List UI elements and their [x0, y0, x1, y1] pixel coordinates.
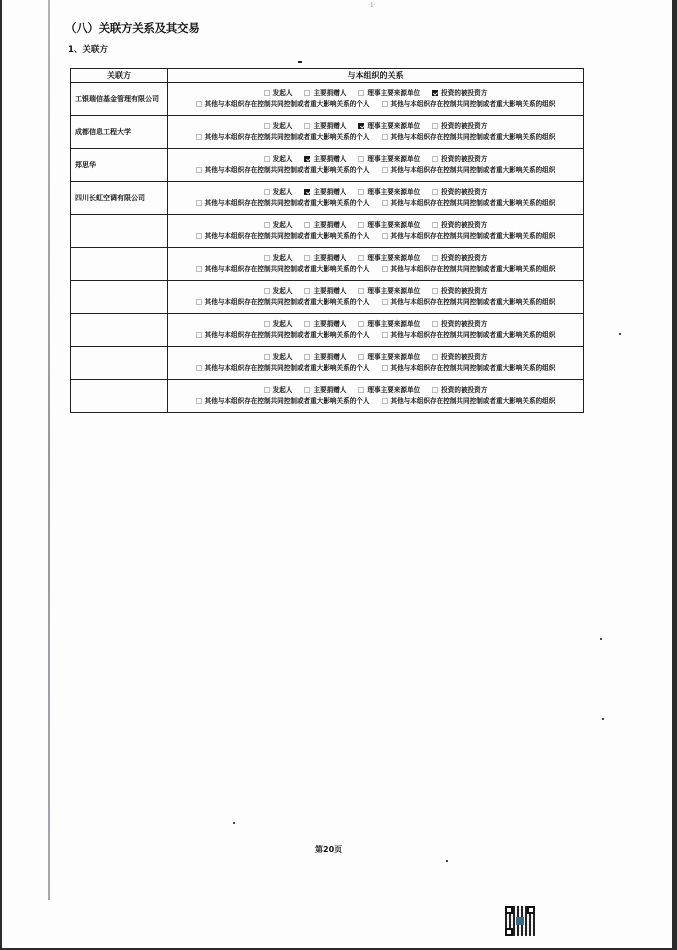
- unchecked-checkbox-icon[interactable]: [432, 255, 438, 261]
- table-header-row: 关联方 与本组织的关系: [71, 69, 584, 83]
- option-label: 主要捐赠人: [313, 320, 346, 328]
- option-other-org[interactable]: 其他与本组织存在控制共同控制或者重大影响关系的组织: [382, 231, 556, 242]
- unchecked-checkbox-icon[interactable]: [358, 189, 364, 195]
- option-label: 理事主要来源单位: [367, 155, 420, 163]
- unchecked-checkbox-icon[interactable]: [264, 321, 270, 327]
- option-label: 其他与本组织存在控制共同控制或者重大影响关系的组织: [391, 364, 556, 372]
- option-other-individual[interactable]: 其他与本组织存在控制共同控制或者重大影响关系的个人: [196, 297, 370, 308]
- unchecked-checkbox-icon[interactable]: [432, 288, 438, 294]
- table-row: 发起人主要捐赠人理事主要来源单位投资的被投资方其他与本组织存在控制共同控制或者重…: [71, 281, 584, 314]
- qr-code-icon: [505, 906, 535, 936]
- option-other-individual[interactable]: 其他与本组织存在控制共同控制或者重大影响关系的个人: [196, 396, 370, 407]
- option-label: 其他与本组织存在控制共同控制或者重大影响关系的组织: [391, 166, 556, 174]
- option-investee[interactable]: 投资的被投资方: [432, 352, 487, 363]
- scan-edge-line: [48, 0, 50, 900]
- unchecked-checkbox-icon[interactable]: [196, 365, 202, 371]
- unchecked-checkbox-icon[interactable]: [304, 354, 310, 360]
- unchecked-checkbox-icon[interactable]: [196, 266, 202, 272]
- option-investee[interactable]: 投资的被投资方: [432, 88, 487, 99]
- unchecked-checkbox-icon[interactable]: [264, 123, 270, 129]
- option-label: 其他与本组织存在控制共同控制或者重大影响关系的个人: [205, 364, 370, 372]
- unchecked-checkbox-icon[interactable]: [382, 233, 388, 239]
- option-label: 理事主要来源单位: [367, 89, 420, 97]
- option-label: 其他与本组织存在控制共同控制或者重大影响关系的个人: [205, 232, 370, 240]
- unchecked-checkbox-icon[interactable]: [358, 321, 364, 327]
- relationship-options: 发起人主要捐赠人理事主要来源单位投资的被投资方其他与本组织存在控制共同控制或者重…: [168, 347, 584, 380]
- option-board-source[interactable]: 理事主要来源单位: [358, 319, 420, 330]
- option-label: 投资的被投资方: [441, 89, 487, 97]
- option-major-donor[interactable]: 主要捐赠人: [304, 352, 346, 363]
- checked-checkbox-icon[interactable]: [304, 189, 310, 195]
- relationship-options: 发起人主要捐赠人理事主要来源单位投资的被投资方其他与本组织存在控制共同控制或者重…: [168, 182, 584, 215]
- option-founder[interactable]: 发起人: [264, 187, 293, 198]
- option-label: 发起人: [273, 122, 293, 130]
- option-other-individual[interactable]: 其他与本组织存在控制共同控制或者重大影响关系的个人: [196, 99, 370, 110]
- unchecked-checkbox-icon[interactable]: [432, 189, 438, 195]
- option-other-org[interactable]: 其他与本组织存在控制共同控制或者重大影响关系的组织: [382, 99, 556, 110]
- option-label: 理事主要来源单位: [367, 386, 420, 394]
- table-row: 成都信息工程大学发起人主要捐赠人理事主要来源单位投资的被投资方其他与本组织存在控…: [71, 116, 584, 149]
- table-row: 发起人主要捐赠人理事主要来源单位投资的被投资方其他与本组织存在控制共同控制或者重…: [71, 215, 584, 248]
- option-major-donor[interactable]: 主要捐赠人: [304, 88, 346, 99]
- option-label: 发起人: [273, 320, 293, 328]
- unchecked-checkbox-icon[interactable]: [358, 354, 364, 360]
- unchecked-checkbox-icon[interactable]: [304, 255, 310, 261]
- scan-speck: [446, 860, 448, 862]
- option-label: 投资的被投资方: [441, 221, 487, 229]
- option-major-donor[interactable]: 主要捐赠人: [304, 154, 346, 165]
- option-investee[interactable]: 投资的被投资方: [432, 154, 487, 165]
- option-label: 发起人: [273, 386, 293, 394]
- checked-checkbox-icon[interactable]: [358, 123, 364, 129]
- unchecked-checkbox-icon[interactable]: [382, 398, 388, 404]
- option-other-individual[interactable]: 其他与本组织存在控制共同控制或者重大影响关系的个人: [196, 363, 370, 374]
- option-label: 其他与本组织存在控制共同控制或者重大影响关系的组织: [391, 199, 556, 207]
- option-label: 理事主要来源单位: [367, 353, 420, 361]
- option-label: 其他与本组织存在控制共同控制或者重大影响关系的组织: [391, 397, 556, 405]
- unchecked-checkbox-icon[interactable]: [382, 167, 388, 173]
- option-label: 投资的被投资方: [441, 188, 487, 196]
- unchecked-checkbox-icon[interactable]: [264, 90, 270, 96]
- related-party-name: 郑思华: [71, 149, 168, 182]
- option-founder[interactable]: 发起人: [264, 220, 293, 231]
- related-party-name: [71, 347, 168, 380]
- relationship-options: 发起人主要捐赠人理事主要来源单位投资的被投资方其他与本组织存在控制共同控制或者重…: [168, 380, 584, 413]
- unchecked-checkbox-icon[interactable]: [382, 134, 388, 140]
- option-label: 投资的被投资方: [441, 353, 487, 361]
- unchecked-checkbox-icon[interactable]: [432, 354, 438, 360]
- option-label: 理事主要来源单位: [367, 287, 420, 295]
- option-label: 投资的被投资方: [441, 122, 487, 130]
- checked-checkbox-icon[interactable]: [304, 156, 310, 162]
- option-label: 理事主要来源单位: [367, 254, 420, 262]
- option-label: 主要捐赠人: [313, 287, 346, 295]
- scan-mark: ·1·: [368, 2, 376, 9]
- table-row: 发起人主要捐赠人理事主要来源单位投资的被投资方其他与本组织存在控制共同控制或者重…: [71, 314, 584, 347]
- option-label: 发起人: [273, 221, 293, 229]
- option-other-org[interactable]: 其他与本组织存在控制共同控制或者重大影响关系的组织: [382, 165, 556, 176]
- option-major-donor[interactable]: 主要捐赠人: [304, 286, 346, 297]
- unchecked-checkbox-icon[interactable]: [196, 332, 202, 338]
- option-investee[interactable]: 投资的被投资方: [432, 220, 487, 231]
- unchecked-checkbox-icon[interactable]: [358, 222, 364, 228]
- option-board-source[interactable]: 理事主要来源单位: [358, 286, 420, 297]
- unchecked-checkbox-icon[interactable]: [264, 387, 270, 393]
- option-founder[interactable]: 发起人: [264, 88, 293, 99]
- option-label: 投资的被投资方: [441, 320, 487, 328]
- table-row: 发起人主要捐赠人理事主要来源单位投资的被投资方其他与本组织存在控制共同控制或者重…: [71, 248, 584, 281]
- option-label: 主要捐赠人: [313, 386, 346, 394]
- unchecked-checkbox-icon[interactable]: [264, 222, 270, 228]
- unchecked-checkbox-icon[interactable]: [432, 123, 438, 129]
- option-label: 理事主要来源单位: [367, 188, 420, 196]
- unchecked-checkbox-icon[interactable]: [382, 365, 388, 371]
- header-related-party: 关联方: [71, 69, 168, 83]
- option-label: 投资的被投资方: [441, 155, 487, 163]
- unchecked-checkbox-icon[interactable]: [358, 288, 364, 294]
- option-board-source[interactable]: 理事主要来源单位: [358, 352, 420, 363]
- unchecked-checkbox-icon[interactable]: [432, 387, 438, 393]
- page-number: 第20页: [315, 844, 342, 855]
- relationship-options: 发起人主要捐赠人理事主要来源单位投资的被投资方其他与本组织存在控制共同控制或者重…: [168, 281, 584, 314]
- option-label: 主要捐赠人: [313, 221, 346, 229]
- related-party-name: [71, 248, 168, 281]
- option-founder[interactable]: 发起人: [264, 253, 293, 264]
- unchecked-checkbox-icon[interactable]: [264, 288, 270, 294]
- relationship-options: 发起人主要捐赠人理事主要来源单位投资的被投资方其他与本组织存在控制共同控制或者重…: [168, 248, 584, 281]
- option-label: 主要捐赠人: [313, 155, 346, 163]
- unchecked-checkbox-icon[interactable]: [432, 156, 438, 162]
- unchecked-checkbox-icon[interactable]: [432, 321, 438, 327]
- table-row: 工银瑞信基金管理有限公司发起人主要捐赠人理事主要来源单位投资的被投资方其他与本组…: [71, 83, 584, 116]
- unchecked-checkbox-icon[interactable]: [264, 255, 270, 261]
- option-other-org[interactable]: 其他与本组织存在控制共同控制或者重大影响关系的组织: [382, 396, 556, 407]
- option-label: 发起人: [273, 89, 293, 97]
- table-row: 郑思华发起人主要捐赠人理事主要来源单位投资的被投资方其他与本组织存在控制共同控制…: [71, 149, 584, 182]
- option-other-individual[interactable]: 其他与本组织存在控制共同控制或者重大影响关系的个人: [196, 198, 370, 209]
- option-board-source[interactable]: 理事主要来源单位: [358, 187, 420, 198]
- option-label: 发起人: [273, 188, 293, 196]
- option-board-source[interactable]: 理事主要来源单位: [358, 154, 420, 165]
- unchecked-checkbox-icon[interactable]: [264, 189, 270, 195]
- option-major-donor[interactable]: 主要捐赠人: [304, 187, 346, 198]
- option-label: 其他与本组织存在控制共同控制或者重大影响关系的组织: [391, 265, 556, 273]
- option-label: 发起人: [273, 155, 293, 163]
- option-founder[interactable]: 发起人: [264, 286, 293, 297]
- option-label: 其他与本组织存在控制共同控制或者重大影响关系的个人: [205, 199, 370, 207]
- option-label: 其他与本组织存在控制共同控制或者重大影响关系的组织: [391, 331, 556, 339]
- option-label: 主要捐赠人: [313, 254, 346, 262]
- option-label: 其他与本组织存在控制共同控制或者重大影响关系的个人: [205, 331, 370, 339]
- option-other-org[interactable]: 其他与本组织存在控制共同控制或者重大影响关系的组织: [382, 297, 556, 308]
- option-other-org[interactable]: 其他与本组织存在控制共同控制或者重大影响关系的组织: [382, 363, 556, 374]
- unchecked-checkbox-icon[interactable]: [382, 332, 388, 338]
- unchecked-checkbox-icon[interactable]: [304, 123, 310, 129]
- option-other-individual[interactable]: 其他与本组织存在控制共同控制或者重大影响关系的个人: [196, 330, 370, 341]
- option-founder[interactable]: 发起人: [264, 319, 293, 330]
- option-label: 发起人: [273, 287, 293, 295]
- relationship-options: 发起人主要捐赠人理事主要来源单位投资的被投资方其他与本组织存在控制共同控制或者重…: [168, 116, 584, 149]
- relationship-options: 发起人主要捐赠人理事主要来源单位投资的被投资方其他与本组织存在控制共同控制或者重…: [168, 215, 584, 248]
- related-party-name: 工银瑞信基金管理有限公司: [71, 83, 168, 116]
- option-other-individual[interactable]: 其他与本组织存在控制共同控制或者重大影响关系的个人: [196, 132, 370, 143]
- unchecked-checkbox-icon[interactable]: [304, 90, 310, 96]
- option-label: 理事主要来源单位: [367, 221, 420, 229]
- option-label: 主要捐赠人: [313, 188, 346, 196]
- unchecked-checkbox-icon[interactable]: [382, 266, 388, 272]
- option-label: 发起人: [273, 254, 293, 262]
- relationship-options: 发起人主要捐赠人理事主要来源单位投资的被投资方其他与本组织存在控制共同控制或者重…: [168, 314, 584, 347]
- table-row: 四川长虹空调有限公司发起人主要捐赠人理事主要来源单位投资的被投资方其他与本组织存…: [71, 182, 584, 215]
- option-board-source[interactable]: 理事主要来源单位: [358, 385, 420, 396]
- unchecked-checkbox-icon[interactable]: [304, 222, 310, 228]
- option-founder[interactable]: 发起人: [264, 154, 293, 165]
- unchecked-checkbox-icon[interactable]: [382, 101, 388, 107]
- option-major-donor[interactable]: 主要捐赠人: [304, 385, 346, 396]
- option-founder[interactable]: 发起人: [264, 121, 293, 132]
- scan-mark: [298, 61, 302, 63]
- option-founder[interactable]: 发起人: [264, 352, 293, 363]
- checked-checkbox-icon[interactable]: [432, 90, 438, 96]
- related-party-name: [71, 215, 168, 248]
- unchecked-checkbox-icon[interactable]: [382, 299, 388, 305]
- table-row: 发起人主要捐赠人理事主要来源单位投资的被投资方其他与本组织存在控制共同控制或者重…: [71, 347, 584, 380]
- unchecked-checkbox-icon[interactable]: [264, 156, 270, 162]
- scan-speck: [600, 638, 602, 640]
- related-party-name: [71, 380, 168, 413]
- unchecked-checkbox-icon[interactable]: [358, 90, 364, 96]
- option-label: 其他与本组织存在控制共同控制或者重大影响关系的组织: [391, 100, 556, 108]
- relationship-options: 发起人主要捐赠人理事主要来源单位投资的被投资方其他与本组织存在控制共同控制或者重…: [168, 83, 584, 116]
- option-label: 投资的被投资方: [441, 254, 487, 262]
- scan-speck: [619, 333, 621, 335]
- option-major-donor[interactable]: 主要捐赠人: [304, 253, 346, 264]
- option-major-donor[interactable]: 主要捐赠人: [304, 121, 346, 132]
- option-label: 其他与本组织存在控制共同控制或者重大影响关系的组织: [391, 298, 556, 306]
- unchecked-checkbox-icon[interactable]: [264, 354, 270, 360]
- option-label: 主要捐赠人: [313, 122, 346, 130]
- option-label: 理事主要来源单位: [367, 320, 420, 328]
- option-board-source[interactable]: 理事主要来源单位: [358, 121, 420, 132]
- option-founder[interactable]: 发起人: [264, 385, 293, 396]
- unchecked-checkbox-icon[interactable]: [382, 200, 388, 206]
- related-party-name: 成都信息工程大学: [71, 116, 168, 149]
- unchecked-checkbox-icon[interactable]: [358, 255, 364, 261]
- subsection-title: 1、关联方: [68, 43, 108, 55]
- option-investee[interactable]: 投资的被投资方: [432, 187, 487, 198]
- scan-speck: [602, 718, 604, 720]
- option-label: 其他与本组织存在控制共同控制或者重大影响关系的个人: [205, 265, 370, 273]
- option-label: 其他与本组织存在控制共同控制或者重大影响关系的组织: [391, 232, 556, 240]
- unchecked-checkbox-icon[interactable]: [196, 398, 202, 404]
- option-label: 其他与本组织存在控制共同控制或者重大影响关系的个人: [205, 397, 370, 405]
- option-label: 主要捐赠人: [313, 89, 346, 97]
- option-label: 其他与本组织存在控制共同控制或者重大影响关系的个人: [205, 133, 370, 141]
- related-party-name: [71, 314, 168, 347]
- option-major-donor[interactable]: 主要捐赠人: [304, 220, 346, 231]
- option-investee[interactable]: 投资的被投资方: [432, 253, 487, 264]
- option-label: 主要捐赠人: [313, 353, 346, 361]
- unchecked-checkbox-icon[interactable]: [304, 288, 310, 294]
- option-label: 理事主要来源单位: [367, 122, 420, 130]
- relationship-options: 发起人主要捐赠人理事主要来源单位投资的被投资方其他与本组织存在控制共同控制或者重…: [168, 149, 584, 182]
- option-other-individual[interactable]: 其他与本组织存在控制共同控制或者重大影响关系的个人: [196, 264, 370, 275]
- unchecked-checkbox-icon[interactable]: [196, 134, 202, 140]
- option-label: 其他与本组织存在控制共同控制或者重大影响关系的个人: [205, 298, 370, 306]
- unchecked-checkbox-icon[interactable]: [196, 101, 202, 107]
- option-other-org[interactable]: 其他与本组织存在控制共同控制或者重大影响关系的组织: [382, 132, 556, 143]
- option-board-source[interactable]: 理事主要来源单位: [358, 88, 420, 99]
- option-other-org[interactable]: 其他与本组织存在控制共同控制或者重大影响关系的组织: [382, 198, 556, 209]
- option-label: 投资的被投资方: [441, 386, 487, 394]
- related-party-table: 关联方 与本组织的关系 工银瑞信基金管理有限公司发起人主要捐赠人理事主要来源单位…: [70, 68, 584, 413]
- unchecked-checkbox-icon[interactable]: [196, 233, 202, 239]
- option-board-source[interactable]: 理事主要来源单位: [358, 220, 420, 231]
- option-investee[interactable]: 投资的被投资方: [432, 121, 487, 132]
- option-label: 发起人: [273, 353, 293, 361]
- unchecked-checkbox-icon[interactable]: [358, 387, 364, 393]
- unchecked-checkbox-icon[interactable]: [196, 200, 202, 206]
- option-board-source[interactable]: 理事主要来源单位: [358, 253, 420, 264]
- option-label: 其他与本组织存在控制共同控制或者重大影响关系的个人: [205, 166, 370, 174]
- option-major-donor[interactable]: 主要捐赠人: [304, 319, 346, 330]
- unchecked-checkbox-icon[interactable]: [304, 387, 310, 393]
- section-title: （八）关联方关系及其交易: [65, 20, 199, 36]
- option-label: 其他与本组织存在控制共同控制或者重大影响关系的个人: [205, 100, 370, 108]
- option-other-individual[interactable]: 其他与本组织存在控制共同控制或者重大影响关系的个人: [196, 165, 370, 176]
- unchecked-checkbox-icon[interactable]: [196, 299, 202, 305]
- related-party-name: 四川长虹空调有限公司: [71, 182, 168, 215]
- unchecked-checkbox-icon[interactable]: [196, 167, 202, 173]
- related-party-name: [71, 281, 168, 314]
- option-other-individual[interactable]: 其他与本组织存在控制共同控制或者重大影响关系的个人: [196, 231, 370, 242]
- document-page: ·1· （八）关联方关系及其交易 1、关联方 关联方 与本组织的关系 工银瑞信基…: [2, 0, 672, 948]
- table-row: 发起人主要捐赠人理事主要来源单位投资的被投资方其他与本组织存在控制共同控制或者重…: [71, 380, 584, 413]
- option-label: 投资的被投资方: [441, 287, 487, 295]
- option-investee[interactable]: 投资的被投资方: [432, 286, 487, 297]
- scan-speck: [233, 822, 235, 824]
- unchecked-checkbox-icon[interactable]: [432, 222, 438, 228]
- unchecked-checkbox-icon[interactable]: [304, 321, 310, 327]
- option-other-org[interactable]: 其他与本组织存在控制共同控制或者重大影响关系的组织: [382, 330, 556, 341]
- option-label: 其他与本组织存在控制共同控制或者重大影响关系的组织: [391, 133, 556, 141]
- option-investee[interactable]: 投资的被投资方: [432, 385, 487, 396]
- option-other-org[interactable]: 其他与本组织存在控制共同控制或者重大影响关系的组织: [382, 264, 556, 275]
- unchecked-checkbox-icon[interactable]: [358, 156, 364, 162]
- option-investee[interactable]: 投资的被投资方: [432, 319, 487, 330]
- header-relationship: 与本组织的关系: [168, 69, 584, 83]
